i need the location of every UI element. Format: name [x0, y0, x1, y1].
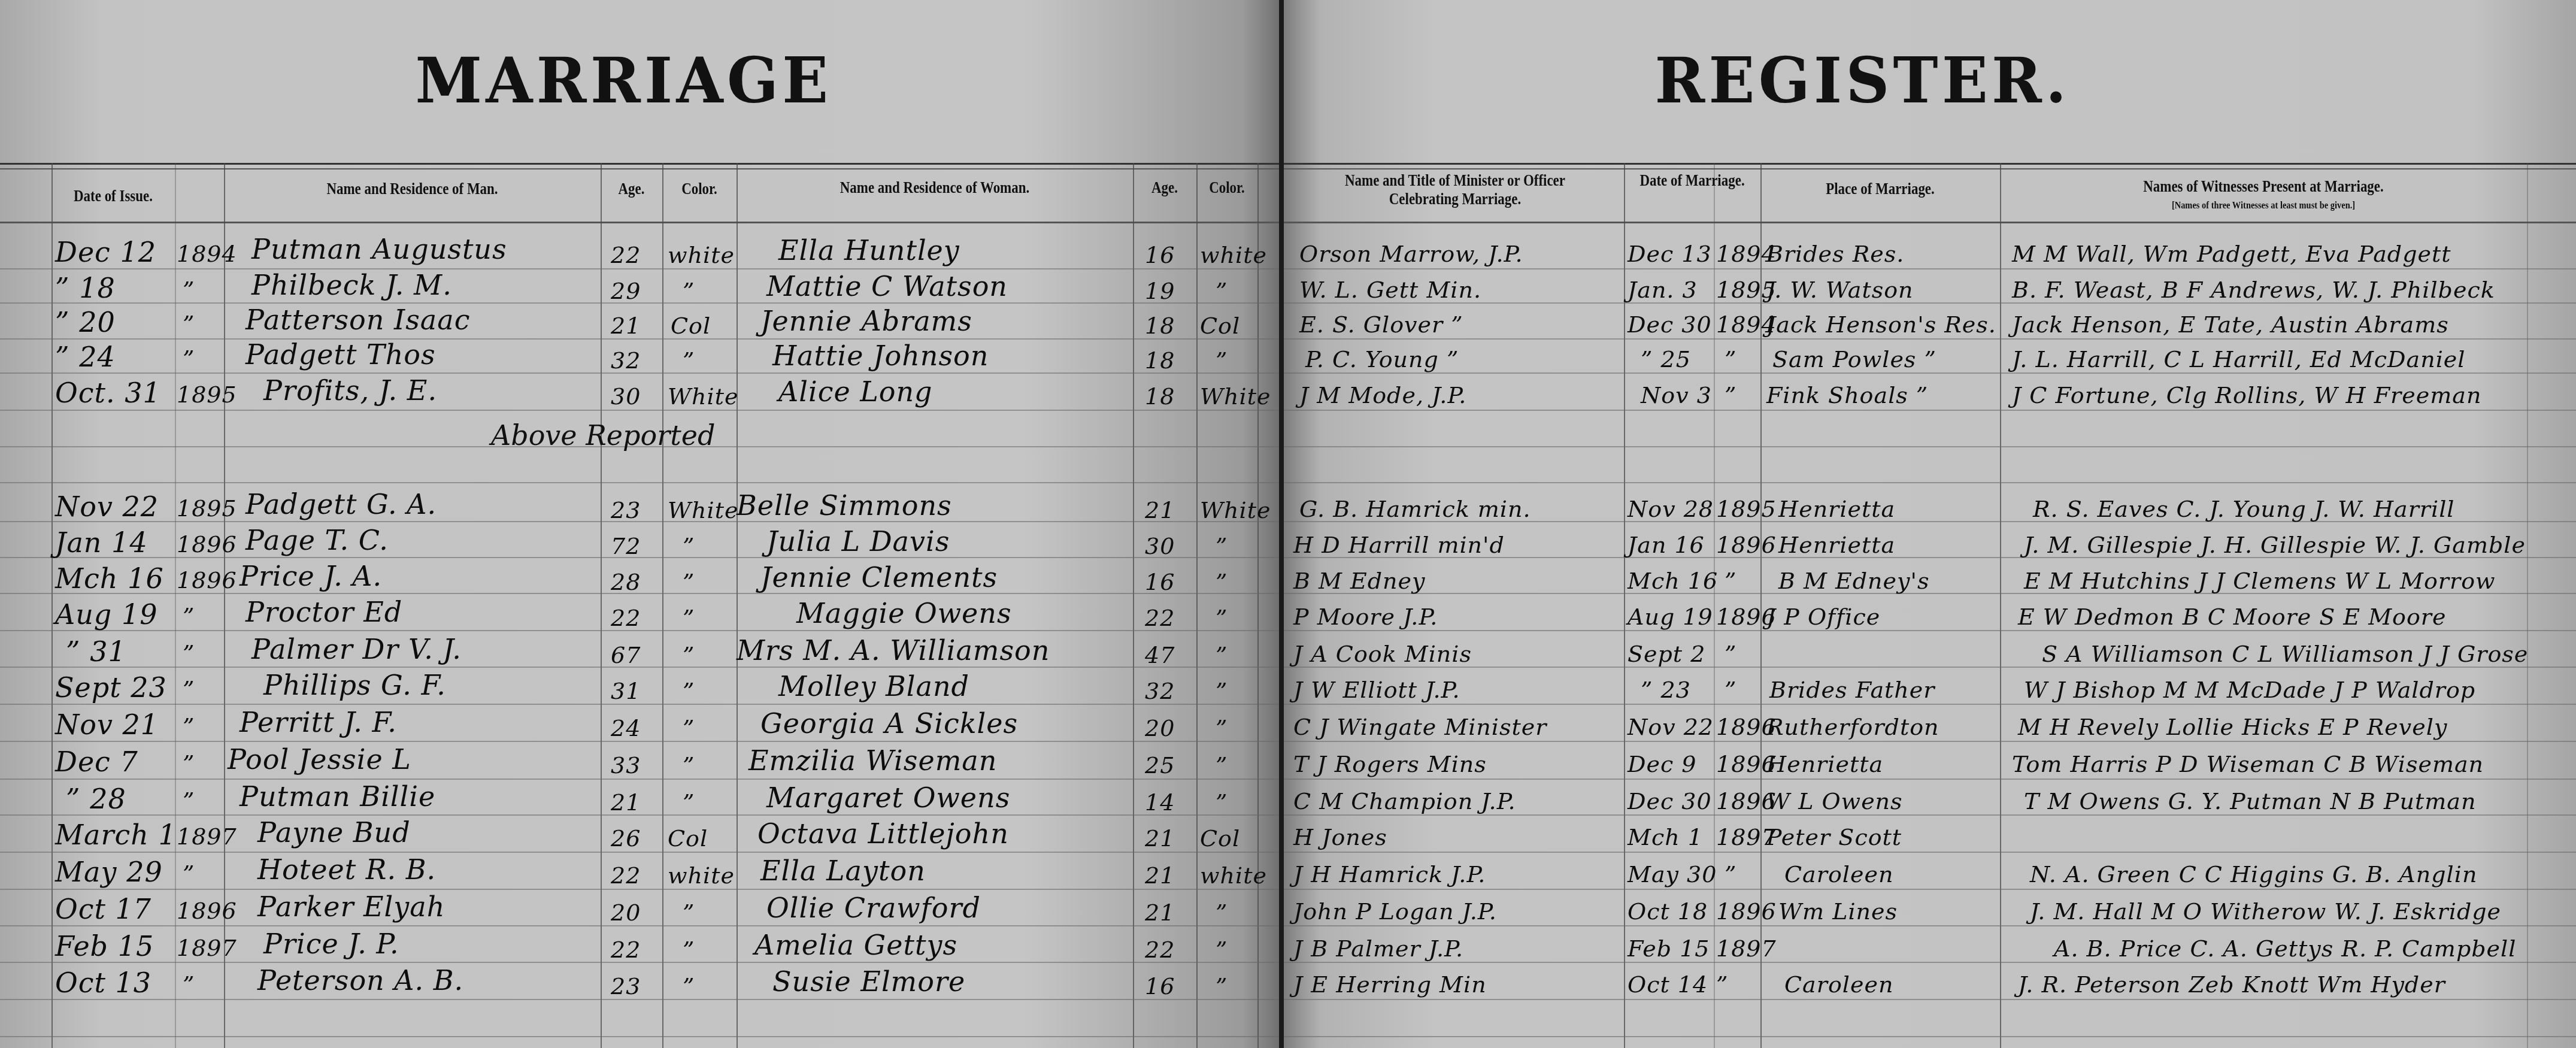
minister: John P Logan J.P.	[1293, 896, 1497, 927]
witnesses: S A Williamson C L Williamson J J Grose	[2042, 638, 2528, 670]
marriage-date: Jan. 3	[1628, 274, 1698, 305]
woman-age: 16	[1145, 240, 1175, 271]
woman-color: ”	[1216, 567, 1228, 598]
woman-name: Georgia A Sickles	[760, 708, 1018, 739]
woman-color: White	[1200, 495, 1271, 526]
woman-age: 47	[1145, 640, 1175, 671]
marriage-year: ”	[1716, 969, 1728, 1000]
woman-color: ”	[1216, 971, 1228, 1002]
header-woman-age: Age.	[1138, 178, 1192, 197]
marriage-year: ”	[1725, 674, 1736, 705]
woman-color: ”	[1216, 275, 1228, 307]
marriage-date: Mch 1	[1628, 822, 1703, 853]
man-name: Patterson Isaac	[246, 304, 470, 335]
issue-year: ”	[183, 274, 195, 305]
column-divider	[2000, 163, 2001, 1048]
marriage-date: Dec 9	[1628, 749, 1697, 780]
woman-age: 21	[1145, 860, 1175, 891]
minister: J H Hamrick J.P.	[1293, 859, 1486, 890]
woman-color: ”	[1216, 345, 1228, 376]
woman-color: White	[1200, 381, 1271, 412]
left-title: MARRIAGE	[415, 43, 832, 117]
minister: G. B. Hamrick min.	[1299, 493, 1531, 525]
issue-date: Oct. 31	[55, 377, 161, 408]
place: Wm Lines	[1778, 896, 1898, 927]
marriage-year: ”	[1725, 380, 1736, 411]
man-color: ”	[683, 787, 695, 818]
issue-year: ”	[183, 308, 195, 340]
column-divider	[1714, 163, 1715, 1048]
header-woman: Name and Residence of Woman.	[766, 178, 1104, 197]
man-color: ”	[683, 971, 695, 1002]
top-rule	[0, 163, 1281, 169]
issue-year: 1896	[177, 895, 237, 926]
top-rule	[1281, 163, 2576, 169]
marriage-date: Feb 15	[1628, 933, 1710, 964]
woman-age: 30	[1145, 531, 1175, 562]
place: Rutherfordton	[1766, 711, 1939, 743]
marriage-date: ” 23	[1641, 674, 1691, 705]
witnesses: J. R. Peterson Zeb Knott Wm Hyder	[2018, 969, 2445, 1000]
above-reported-note: Above Reported	[491, 419, 715, 452]
man-age: 24	[611, 713, 641, 744]
issue-year: 1894	[177, 238, 237, 269]
issue-date: ” 20	[55, 307, 116, 338]
man-color: ”	[683, 934, 695, 965]
marriage-date: Sept 2	[1628, 638, 1705, 670]
man-color: ”	[683, 275, 695, 307]
issue-year: 1896	[177, 529, 237, 560]
witnesses: M H Revely Lollie Hicks E P Revely	[2018, 711, 2447, 743]
man-name: Philbeck J. M.	[251, 269, 452, 301]
place: Caroleen	[1784, 969, 1893, 1000]
man-color: ”	[683, 345, 695, 376]
header-man-age: Age.	[605, 180, 658, 198]
minister: W. L. Gett Min.	[1299, 274, 1481, 305]
issue-date: Aug 19	[55, 599, 157, 630]
man-name: Peterson A. B.	[257, 965, 463, 996]
place: Fink Shoals ”	[1766, 380, 1928, 411]
issue-year: ”	[183, 343, 195, 374]
man-age: 22	[611, 860, 641, 891]
minister: C M Champion J.P.	[1293, 786, 1516, 817]
woman-name: Mrs M. A. Williamson	[737, 635, 1050, 666]
woman-color: ”	[1216, 713, 1228, 744]
woman-name: Jennie Clements	[760, 562, 998, 593]
woman-name: Alice Long	[778, 376, 933, 407]
issue-date: ” 24	[55, 341, 116, 372]
woman-name: Amelia Gettys	[754, 929, 957, 961]
woman-name: Belle Simmons	[737, 490, 952, 521]
marriage-date: Nov 28	[1628, 493, 1714, 525]
place: Brides Father	[1769, 674, 1935, 705]
marriage-date: Dec 30	[1628, 309, 1712, 340]
woman-color: ”	[1216, 531, 1228, 562]
woman-name: Jennie Abrams	[760, 305, 972, 337]
minister: P. C. Young ”	[1305, 344, 1459, 375]
man-name: Price J. A.	[240, 561, 382, 592]
witnesses: N. A. Green C C Higgins G. B. Anglin	[2030, 859, 2477, 890]
witnesses: E W Dedmon B C Moore S E Moore	[2018, 601, 2447, 632]
man-color: ”	[683, 750, 695, 781]
woman-name: Julia L Davis	[766, 526, 950, 557]
issue-year: ”	[183, 858, 195, 889]
man-color: ”	[683, 713, 695, 744]
woman-age: 32	[1145, 676, 1175, 707]
place: Caroleen	[1784, 859, 1893, 890]
man-name: Phillips G. F.	[263, 670, 446, 701]
man-name: Perritt J. F.	[240, 707, 397, 738]
witnesses: E M Hutchins J J Clemens W L Morrow	[2024, 565, 2496, 596]
man-color: ”	[683, 897, 695, 928]
woman-color: white	[1200, 240, 1267, 271]
issue-date: Oct 13	[55, 967, 151, 998]
woman-age: 25	[1145, 750, 1175, 781]
row-rule	[0, 1036, 1281, 1037]
column-divider	[1257, 163, 1259, 1048]
witnesses: J. M. Hall M O Witherow W. J. Eskridge	[2030, 896, 2501, 927]
right-page: REGISTER. Name and Title of Minister or …	[1281, 0, 2576, 1048]
issue-date: Jan 14	[55, 527, 148, 558]
man-name: Proctor Ed	[246, 596, 402, 628]
man-color: Col	[668, 823, 708, 854]
woman-color: ”	[1216, 640, 1228, 671]
column-divider	[2527, 163, 2528, 1048]
minister: J A Cook Minis	[1293, 638, 1472, 670]
place: B M Edney's	[1778, 565, 1929, 596]
man-color: ”	[683, 602, 695, 634]
woman-age: 21	[1145, 897, 1175, 928]
issue-date: March 1	[55, 819, 177, 850]
marriage-date: Nov 3	[1641, 380, 1712, 411]
marriage-year: 1896	[1716, 896, 1777, 927]
place: J. W. Watson	[1766, 274, 1914, 305]
woman-name: Mattie C Watson	[766, 271, 1008, 302]
minister: Orson Marrow, J.P.	[1299, 238, 1523, 269]
man-age: 23	[611, 495, 641, 526]
woman-name: Molley Bland	[778, 671, 969, 702]
book-spine	[1279, 0, 1284, 1048]
issue-date: Dec 7	[55, 746, 138, 777]
issue-year: ”	[183, 711, 195, 742]
witnesses: M M Wall, Wm Padgett, Eva Padgett	[2012, 238, 2451, 269]
man-color: ”	[683, 567, 695, 598]
woman-age: 18	[1145, 381, 1175, 412]
issue-date: ” 31	[66, 636, 126, 667]
man-name: Putman Billie	[240, 781, 435, 812]
man-age: 23	[611, 971, 641, 1002]
column-divider	[1624, 163, 1625, 1048]
man-color: ”	[683, 531, 695, 562]
woman-age: 18	[1145, 310, 1175, 341]
man-age: 20	[611, 897, 641, 928]
header-witnesses: Names of Witnesses Present at Marriage. …	[2039, 177, 2487, 214]
marriage-date: ” 25	[1641, 344, 1691, 375]
minister: T J Rogers Mins	[1293, 749, 1487, 780]
woman-color: ”	[1216, 676, 1228, 707]
issue-year: 1896	[177, 565, 237, 596]
man-name: Palmer Dr V. J.	[251, 634, 462, 665]
minister: J M Mode, J.P.	[1299, 380, 1466, 411]
woman-name: Ollie Crawford	[766, 892, 981, 923]
woman-color: ”	[1216, 897, 1228, 928]
column-divider	[737, 163, 738, 1048]
woman-color: Col	[1200, 823, 1240, 854]
issue-year: ”	[183, 601, 195, 632]
issue-year: 1895	[177, 379, 237, 410]
column-divider	[662, 163, 663, 1048]
marriage-year: 1896	[1716, 529, 1777, 561]
woman-age: 21	[1145, 823, 1175, 854]
man-age: 21	[611, 787, 641, 818]
marriage-year: 1897	[1716, 933, 1777, 964]
woman-age: 19	[1145, 275, 1175, 307]
man-name: Pool Jessie L	[228, 744, 411, 775]
woman-color: ”	[1216, 750, 1228, 781]
place: J P Office	[1766, 601, 1880, 632]
place: Henrietta	[1778, 493, 1895, 525]
issue-date: Nov 21	[55, 709, 159, 740]
row-rule	[1281, 446, 2576, 447]
column-divider	[601, 163, 602, 1048]
witnesses: J C Fortune, Clg Rollins, W H Freeman	[2012, 380, 2481, 411]
issue-date: Sept 23	[55, 672, 167, 703]
place: Jack Henson's Res.	[1766, 309, 1996, 340]
issue-year: ”	[183, 638, 195, 669]
place: Henrietta	[1766, 749, 1883, 780]
header-place: Place of Marriage.	[1778, 180, 1982, 198]
man-age: 72	[611, 531, 641, 562]
woman-age: 22	[1145, 602, 1175, 634]
issue-year: ”	[183, 969, 195, 1000]
man-color: White	[668, 381, 738, 412]
marriage-date: Jan 16	[1628, 529, 1705, 561]
register-book: MARRIAGE Date of Issue. Name and Residen…	[0, 0, 2576, 1048]
issue-date: Nov 22	[55, 491, 159, 522]
woman-color: Col	[1200, 310, 1240, 341]
witnesses: Jack Henson, E Tate, Austin Abrams	[2012, 309, 2449, 340]
witnesses: Tom Harris P D Wiseman C B Wiseman	[2012, 749, 2484, 780]
minister: H D Harrill min'd	[1293, 529, 1505, 561]
marriage-date: Oct 14	[1628, 969, 1708, 1000]
man-color: Col	[671, 310, 711, 341]
issue-year: ”	[183, 748, 195, 779]
header-man: Name and Residence of Man.	[252, 180, 572, 198]
marriage-date: May 30	[1628, 859, 1717, 890]
woman-name: Emzilia Wiseman	[748, 745, 997, 776]
witnesses: B. F. Weast, B F Andrews, W. J. Philbeck	[2012, 274, 2495, 305]
issue-year: 1895	[177, 493, 237, 524]
man-color: ”	[683, 640, 695, 671]
minister: J E Herring Min	[1293, 969, 1487, 1000]
minister: J B Palmer J.P.	[1293, 933, 1463, 964]
witnesses: J. L. Harrill, C L Harrill, Ed McDaniel	[2012, 344, 2466, 375]
column-divider	[51, 163, 53, 1048]
man-name: Hoteet R. B.	[257, 854, 436, 885]
marriage-year: ”	[1725, 859, 1736, 890]
row-rule	[1281, 1036, 2576, 1037]
witnesses: W J Bishop M M McDade J P Waldrop	[2024, 674, 2475, 705]
place: Peter Scott	[1766, 822, 1902, 853]
man-color: White	[668, 495, 738, 526]
issue-date: Feb 15	[55, 931, 154, 962]
header-rule	[1281, 222, 2576, 223]
witnesses: R. S. Eaves C. J. Young J. W. Harrill	[2033, 493, 2454, 525]
man-name: Profits, J. E.	[263, 375, 437, 406]
header-man-color: Color.	[668, 180, 731, 198]
place: Sam Powles ”	[1772, 344, 1936, 375]
witnesses: J. M. Gillespie J. H. Gillespie W. J. Ga…	[2024, 529, 2526, 561]
minister: J W Elliott J.P.	[1293, 674, 1460, 705]
woman-age: 16	[1145, 567, 1175, 598]
marriage-date: Nov 22	[1628, 711, 1714, 743]
header-date-of-issue: Date of Issue.	[60, 187, 165, 205]
marriage-date: Aug 19	[1628, 601, 1713, 632]
man-age: 22	[611, 934, 641, 965]
man-age: 21	[611, 310, 641, 341]
issue-year: 1897	[177, 821, 237, 852]
witnesses-note: [Names of three Witnesses at least must …	[2039, 196, 2487, 214]
marriage-date: Mch 16	[1628, 565, 1718, 596]
marriage-date: Dec 13	[1628, 238, 1712, 269]
woman-name: Maggie Owens	[796, 598, 1012, 629]
man-age: 32	[611, 345, 641, 376]
man-name: Padgett Thos	[246, 339, 436, 370]
man-age: 28	[611, 567, 641, 598]
woman-color: ”	[1216, 602, 1228, 634]
woman-age: 14	[1145, 787, 1175, 818]
woman-age: 20	[1145, 713, 1175, 744]
left-page: MARRIAGE Date of Issue. Name and Residen…	[0, 0, 1281, 1048]
man-color: white	[668, 860, 735, 891]
woman-name: Ella Huntley	[778, 235, 960, 266]
man-name: Payne Bud	[257, 817, 411, 848]
witnesses: T M Owens G. Y. Putman N B Putman	[2024, 786, 2477, 817]
man-age: 26	[611, 823, 641, 854]
marriage-date: Dec 30	[1628, 786, 1712, 817]
man-age: 22	[611, 240, 641, 271]
row-rule	[0, 482, 1281, 483]
woman-name: Octava Littlejohn	[757, 818, 1009, 849]
issue-date: ” 28	[66, 783, 126, 814]
issue-year: ”	[183, 674, 195, 705]
woman-name: Hattie Johnson	[772, 340, 989, 371]
woman-name: Ella Layton	[760, 855, 926, 886]
woman-age: 21	[1145, 495, 1175, 526]
man-age: 33	[611, 750, 641, 781]
header-minister: Name and Title of Minister or Officer Ce…	[1313, 171, 1598, 208]
marriage-year: ”	[1725, 638, 1736, 670]
header-date-of-marriage: Date of Marriage.	[1634, 171, 1750, 190]
column-divider	[1196, 163, 1198, 1048]
column-divider	[175, 163, 176, 1048]
issue-date: Oct 17	[55, 893, 151, 925]
marriage-year: 1895	[1716, 493, 1777, 525]
row-rule	[1281, 852, 2576, 853]
column-divider	[1133, 163, 1134, 1048]
right-title: REGISTER.	[1654, 43, 2070, 117]
header-rule	[0, 222, 1281, 223]
issue-date: May 29	[55, 856, 163, 888]
woman-color: ”	[1216, 787, 1228, 818]
man-name: Price J. P.	[263, 928, 399, 959]
place: Henrietta	[1778, 529, 1895, 561]
row-rule	[1281, 482, 2576, 483]
witnesses-title: Names of Witnesses Present at Marriage.	[2143, 177, 2384, 195]
minister: B M Edney	[1293, 565, 1426, 596]
man-color: white	[668, 240, 735, 271]
issue-date: ” 18	[55, 272, 116, 304]
woman-name: Susie Elmore	[772, 966, 965, 997]
issue-year: ”	[183, 785, 195, 816]
issue-year: 1897	[177, 932, 237, 964]
marriage-date: Oct 18	[1628, 896, 1708, 927]
issue-date: Dec 12	[55, 237, 156, 268]
woman-age: 18	[1145, 345, 1175, 376]
minister: E. S. Glover ”	[1299, 309, 1463, 340]
marriage-year: ”	[1725, 344, 1736, 375]
witnesses: A. B. Price C. A. Gettys R. P. Campbell	[2054, 933, 2516, 964]
man-name: Page T. C.	[246, 525, 389, 556]
man-name: Parker Elyah	[257, 891, 445, 922]
minister: P Moore J.P.	[1293, 601, 1438, 632]
man-age: 67	[611, 640, 641, 671]
woman-age: 16	[1145, 971, 1175, 1002]
man-name: Putman Augustus	[251, 234, 507, 265]
minister: C J Wingate Minister	[1293, 711, 1547, 743]
man-age: 29	[611, 275, 641, 307]
man-age: 31	[611, 676, 641, 707]
minister: H Jones	[1293, 822, 1387, 853]
marriage-year: ”	[1725, 565, 1736, 596]
woman-color: ”	[1216, 934, 1228, 965]
place: Brides Res.	[1766, 238, 1904, 269]
woman-age: 22	[1145, 934, 1175, 965]
man-age: 22	[611, 602, 641, 634]
woman-name: Margaret Owens	[766, 782, 1010, 813]
woman-color: white	[1200, 860, 1267, 891]
man-age: 30	[611, 381, 641, 412]
man-color: ”	[683, 676, 695, 707]
man-name: Padgett G. A.	[246, 489, 437, 520]
place: W L Owens	[1766, 786, 1903, 817]
header-woman-color: Color.	[1201, 178, 1253, 197]
issue-date: Mch 16	[55, 563, 164, 594]
